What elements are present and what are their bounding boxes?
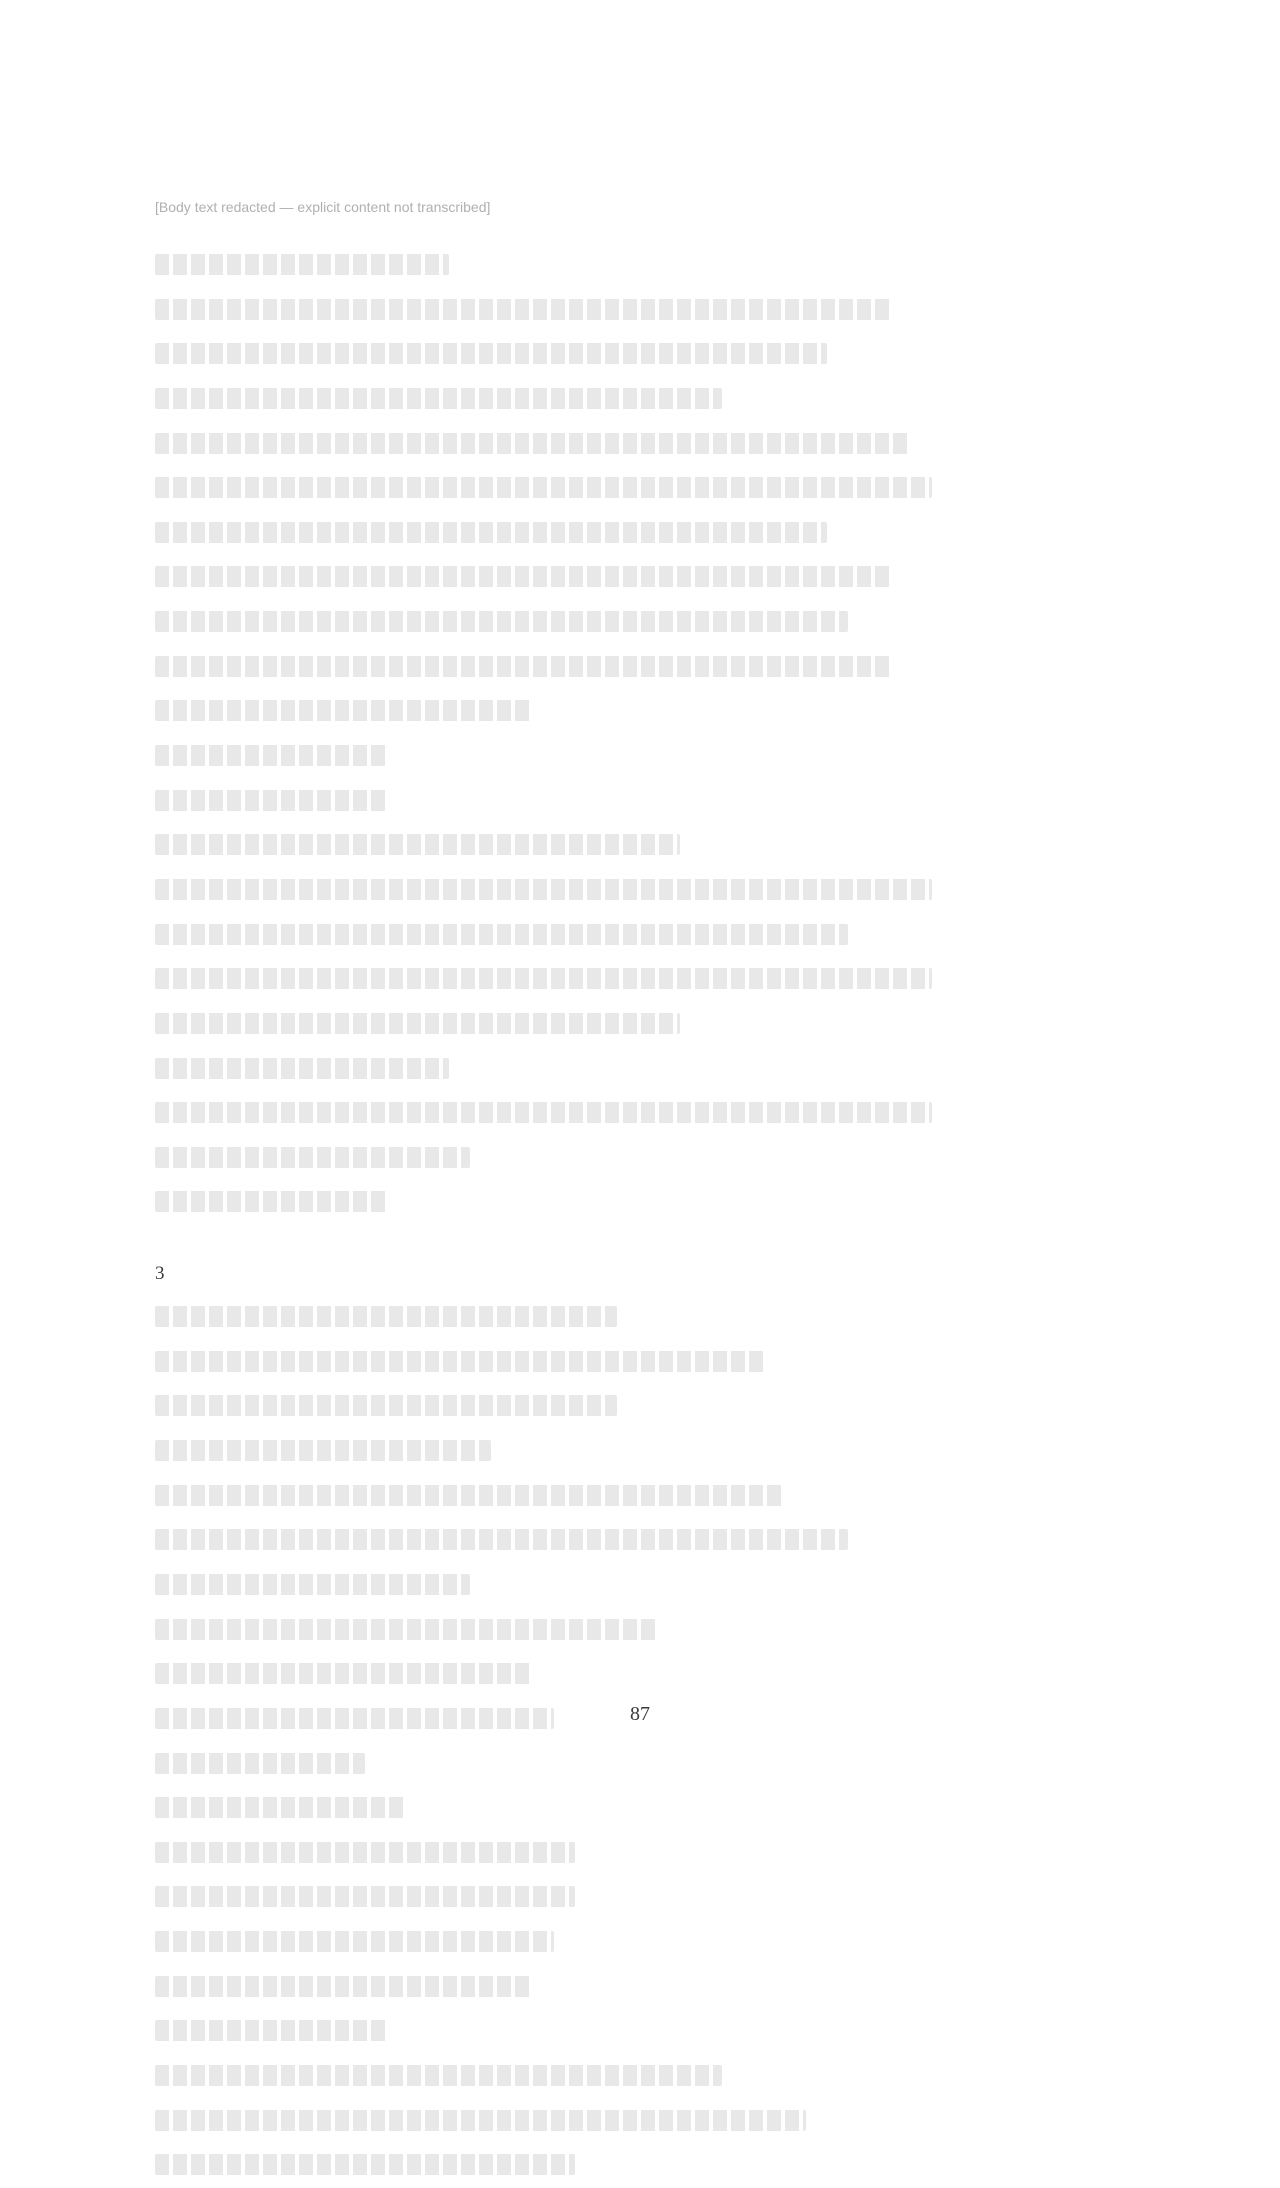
redacted-text-line [155,1619,659,1640]
redacted-text-line [155,1058,449,1079]
redacted-text-line [155,2020,386,2041]
redacted-text-line [155,1191,386,1212]
redacted-text-line [155,2110,806,2131]
redacted-text-line [155,968,932,989]
redacted-text-line [155,790,386,811]
redacted-text-line [155,1147,470,1168]
redacted-text-line [155,433,911,454]
redacted-paragraph-block [155,1295,1155,2188]
redacted-text-line [155,1351,764,1372]
redacted-text-line [155,1440,491,1461]
redacted-text-line [155,1395,617,1416]
redacted-text-line [155,388,722,409]
redacted-text-line [155,1976,533,1997]
redacted-text-line [155,1931,554,1952]
redacted-text-line [155,879,932,900]
redacted-text-line [155,1102,932,1123]
document-page: [Body text redacted — explicit content n… [0,0,1280,1811]
redacted-text-line [155,1306,617,1327]
redacted-text-line [155,1529,848,1550]
redacted-text-line [155,2154,575,2175]
redacted-text-line [155,1663,533,1684]
section-number: 3 [155,1263,1155,1285]
redacted-text-line [155,611,848,632]
redacted-paragraph-block [155,243,1155,1225]
redacted-text-line [155,1797,407,1818]
redacted-text-line [155,2065,722,2086]
page-content: [Body text redacted — explicit content n… [155,185,1155,2188]
redacted-text-line [155,343,827,364]
redacted-text-line [155,566,890,587]
redacted-text-line [155,924,848,945]
redacted-text-line [155,700,533,721]
redacted-text-line [155,477,932,498]
redacted-text-line [155,656,890,677]
page-number: 87 [0,1703,1280,1726]
redacted-text-line [155,834,680,855]
redacted-text-line [155,1013,680,1034]
redacted-text-line [155,299,890,320]
redacted-text-line [155,254,449,275]
redacted-text-line [155,1574,470,1595]
redacted-text-line [155,1842,575,1863]
redacted-text-line [155,522,827,543]
redacted-text-line [155,745,386,766]
redacted-text-line [155,1753,365,1774]
redaction-notice: [Body text redacted — explicit content n… [155,199,1155,215]
redacted-text-line [155,1485,785,1506]
redacted-text-line [155,1886,575,1907]
